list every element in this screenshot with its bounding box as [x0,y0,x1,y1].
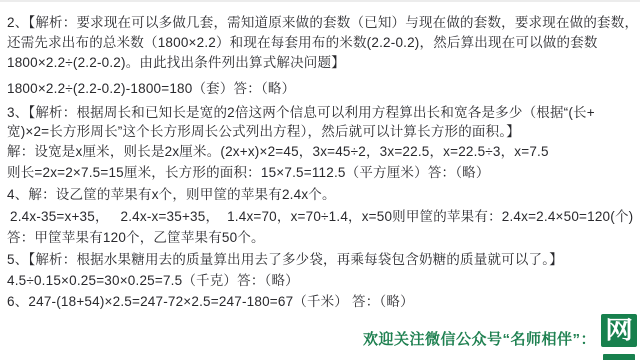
watermark-logo-glyph: 网 [605,319,633,343]
problem3-solution-line1: 解：设宽是x厘米，则长是2x厘米。(2x+x)×2=45，3x=45÷2，3x=… [7,144,637,160]
site-watermark-logo-partial [603,354,635,360]
problem3-analysis-line2: 宽)×2=长方形周长”这个长方形周长公式列出方程），然后就可以计算长方形的面积。… [7,124,637,140]
problem6-solution-line: 6、247-(18+54)×2.5=247-72×2.5=247-180=67（… [7,294,637,310]
problem5-solution-line: 4.5÷0.15×0.25=30×0.25=7.5（千克）答：（略） [7,273,637,289]
problem4-solution-line1: 4、解：设乙筐的苹果有x个，则甲筐的苹果有2.4x个。 [7,187,637,203]
problem3-solution-line2: 则长=2x=2×7.5=15厘米，长方形的面积：15×7.5=112.5（平方厘… [7,165,637,181]
problem2-solution-line: 1800×2.2÷(2.2-0.2)-1800=180（套）答：（略） [7,81,637,97]
problem4-answer-line: 答：甲筐苹果有120个，乙筐苹果有50个。 [7,230,637,246]
problem2-analysis-line3: 1800×2.2÷(2.2-0.2)。由此找出条件列出算式解决问题】 [7,55,637,71]
site-watermark-logo: 网 [601,314,637,347]
problem2-analysis-line2: 还需先求出布的总米数（1800×2.2）和现在每套用布的米数(2.2-0.2)，… [7,35,637,51]
problem3-analysis-line1: 3、【解析：根据周长和已知长是宽的2倍这两个信息可以利用方程算出长和宽各是多少（… [7,105,637,121]
problem5-analysis-line: 5、【解析：根据水果糖用去的质量算出用去了多少袋，再乘每袋包含奶糖的质量就可以了… [7,252,637,268]
problem4-equation-line: 2.4x-35=x+35， 2.4x-x=35+35， 1.4x=70，x=70… [10,209,640,225]
wechat-promo-text: 欢迎关注微信公众号“名师相伴”： [363,328,596,349]
problem2-analysis-line1: 2、【解析：要求现在可以多做几套，需知道原来做的套数（已知）与现在做的套数，要求… [7,15,637,31]
worksheet-page: 2、【解析：要求现在可以多做几套，需知道原来做的套数（已知）与现在做的套数，要求… [0,0,640,360]
